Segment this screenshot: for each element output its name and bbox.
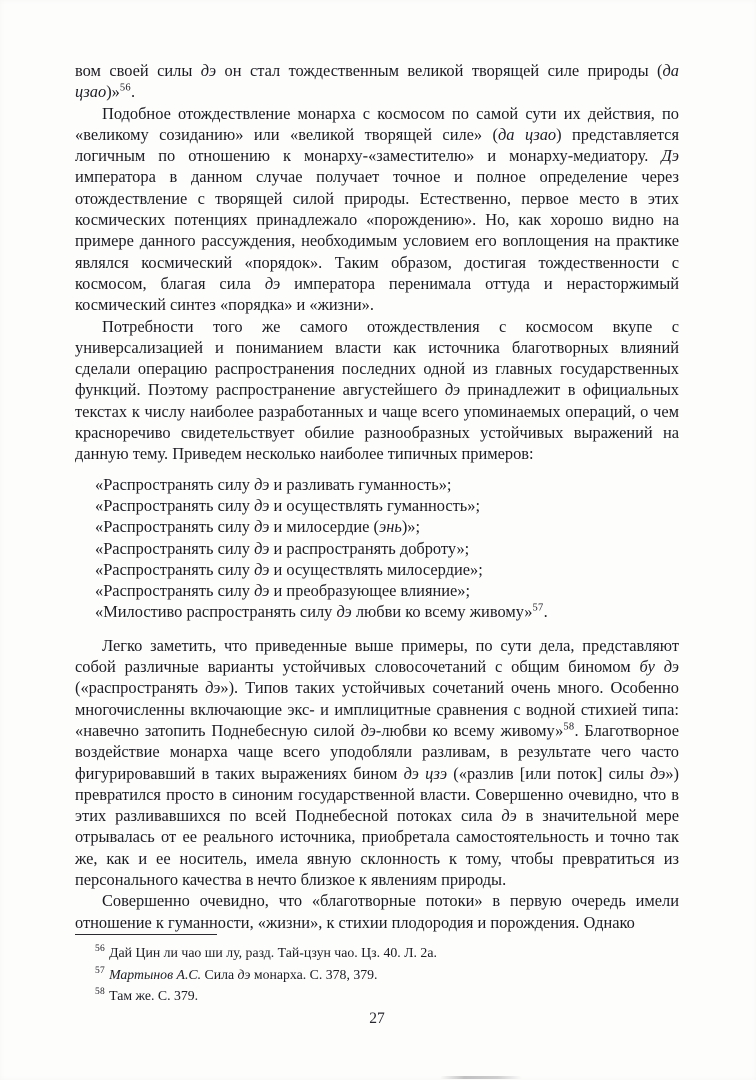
text-segment: Сила	[201, 967, 238, 982]
paragraph: Потребности того же самого отождествлени…	[75, 316, 679, 465]
paragraph: Подобное отождествление монарха с космос…	[75, 103, 679, 316]
text-segment: дэ	[201, 61, 216, 80]
quote-line: «Распространять силу дэ и распространять…	[95, 538, 679, 559]
text-segment: дэ	[254, 539, 269, 558]
quote-block: «Распространять силу дэ и разливать гума…	[75, 474, 679, 623]
text-segment: Совершенно очевидно, что «благотворные п…	[75, 891, 679, 931]
text-segment: «Распространять силу	[95, 475, 254, 494]
quote-line: «Распространять силу дэ и разливать гума…	[95, 474, 679, 495]
text-segment: монарха. С. 378, 379.	[250, 967, 377, 982]
text-segment: дэ	[254, 475, 269, 494]
footnote-number: 56	[95, 944, 105, 954]
text-segment: («разлив [или поток] силы	[447, 764, 650, 783]
text-segment: и преобразующее влияние»;	[269, 581, 470, 600]
text-segment: и распространять доброту»;	[269, 539, 469, 558]
text-segment: .	[131, 82, 135, 101]
text-segment: дэ	[265, 274, 280, 293]
text-segment: Там же. С. 379.	[109, 988, 198, 1003]
footnote: 56Дай Цин ли чао ши лу, разд. Тай-цзун ч…	[75, 942, 679, 964]
text-segment: вом своей силы	[75, 61, 201, 80]
text-segment: бу дэ	[640, 657, 679, 676]
paragraph: Совершенно очевидно, что «благотворные п…	[75, 890, 679, 933]
footnote-ref: 57	[533, 603, 544, 614]
text-segment: Легко заметить, что приведенные выше при…	[75, 636, 679, 676]
text-segment: дэ	[254, 517, 269, 536]
quote-line: «Распространять силу дэ и осуществлять г…	[95, 495, 679, 516]
text-segment: дэ	[254, 581, 269, 600]
text-segment: и разливать гуманность»;	[269, 475, 451, 494]
text-segment: -любви ко всему живому»	[376, 721, 563, 740]
quote-line: «Милостиво распространять силу дэ любви …	[95, 601, 679, 622]
text-segment: «Распространять силу	[95, 581, 254, 600]
text-segment: )»;	[402, 517, 420, 536]
quote-line: «Распространять силу дэ и осуществлять м…	[95, 559, 679, 580]
footnote-list: 56Дай Цин ли чао ши лу, разд. Тай-цзун ч…	[75, 942, 679, 1007]
footnote: 58Там же. С. 379.	[75, 985, 679, 1007]
text-segment: Дай Цин ли чао ши лу, разд. Тай-цзун чао…	[109, 945, 437, 960]
footnote-number: 58	[95, 987, 105, 997]
text-segment: )»	[106, 82, 120, 101]
page-number: 27	[75, 1010, 679, 1028]
text-segment: и осуществлять милосердие»;	[269, 560, 482, 579]
text-segment: любви ко всему живому»	[352, 602, 533, 621]
footnote-ref: 58	[563, 721, 574, 732]
text-segment: дэ	[254, 496, 269, 515]
text-segment: дэ	[445, 380, 460, 399]
text-segment: дэ	[254, 560, 269, 579]
main-text-block: вом своей силы дэ он стал тождественным …	[75, 60, 679, 933]
footnotes-section: 56Дай Цин ли чао ши лу, разд. Тай-цзун ч…	[75, 934, 679, 1007]
book-page-scan: вом своей силы дэ он стал тождественным …	[0, 0, 756, 1080]
text-segment: «Милостиво распространять силу	[95, 602, 336, 621]
text-segment: («распространять	[75, 678, 205, 697]
text-segment: Мартынов А.С.	[109, 967, 201, 982]
text-segment: он стал тождественным великой творящей с…	[216, 61, 662, 80]
scan-artifact	[440, 1076, 522, 1079]
text-segment: дэ цзэ	[404, 764, 448, 783]
footnote-ref: 56	[120, 83, 131, 94]
text-segment: и милосердие (	[269, 517, 379, 536]
text-segment: «Распространять силу	[95, 517, 254, 536]
text-segment: энь	[379, 517, 402, 536]
footnote: 57Мартынов А.С. Сила дэ монарха. С. 378,…	[75, 964, 679, 986]
text-segment: «Распространять силу	[95, 560, 254, 579]
footnote-number: 57	[95, 966, 105, 976]
text-segment: дэ	[238, 967, 251, 982]
text-segment: да цзао	[498, 125, 556, 144]
text-segment: дэ	[361, 721, 376, 740]
paragraph: Легко заметить, что приведенные выше при…	[75, 635, 679, 891]
text-segment: дэ	[650, 764, 665, 783]
text-segment: дэ	[205, 678, 220, 697]
quote-line: «Распространять силу дэ и преобразующее …	[95, 580, 679, 601]
text-segment: «Распространять силу	[95, 539, 254, 558]
text-segment: Дэ	[661, 146, 679, 165]
paragraph: вом своей силы дэ он стал тождественным …	[75, 60, 679, 103]
quote-line: «Распространять силу дэ и милосердие (эн…	[95, 516, 679, 537]
text-segment: «Распространять силу	[95, 496, 254, 515]
text-segment: .	[544, 602, 548, 621]
text-segment: дэ	[501, 806, 516, 825]
footnote-separator	[75, 934, 217, 935]
text-segment: и осуществлять гуманность»;	[269, 496, 480, 515]
text-segment: дэ	[336, 602, 351, 621]
